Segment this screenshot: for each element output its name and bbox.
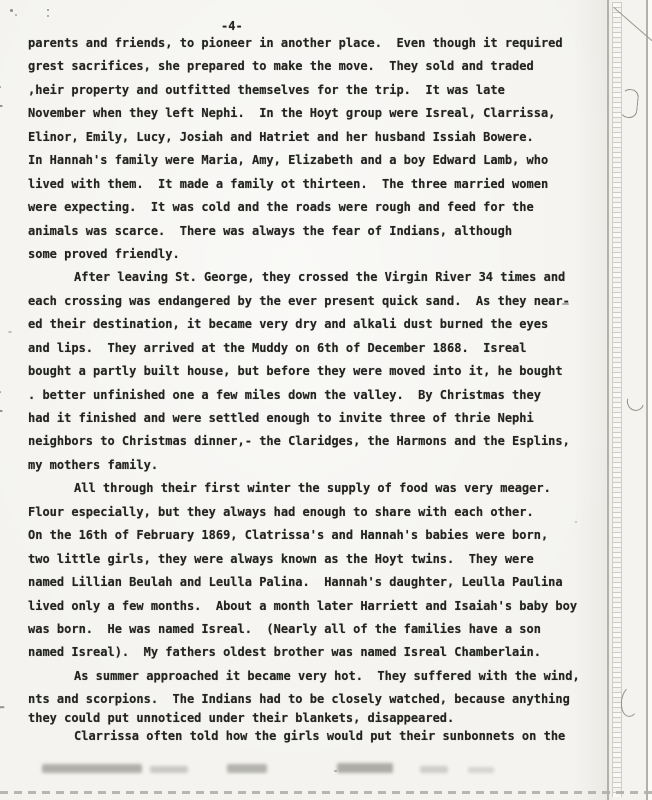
text-line: two little girls, they were always known…: [28, 552, 628, 575]
text-line: animals was scarce. There was always the…: [28, 224, 628, 247]
text-line: were expecting. It was cold and the road…: [28, 200, 628, 223]
ink-speck: [47, 9, 49, 11]
text-line: neighbors to Christmas dinner,- the Clar…: [28, 434, 628, 457]
hole-shadow: [0, 387, 16, 417]
text-line: my mothers family.: [28, 458, 628, 481]
text-line: named Isreal). My fathers oldest brother…: [28, 645, 628, 668]
text-line: On the 16th of February 1869, Clatrissa'…: [28, 528, 628, 551]
bleedthrough-smudge: [227, 764, 267, 773]
text-line: they could put unnoticed under their bla…: [28, 711, 628, 729]
bleedthrough-smudge: [337, 763, 393, 773]
text-line: and lips. They arrived at the Muddy on 6…: [28, 341, 628, 364]
ink-speck: [10, 9, 13, 12]
ink-speck: [575, 521, 577, 523]
text-line: Clarrissa often told how the girls would…: [28, 729, 628, 752]
ink-speck: [562, 303, 569, 305]
scanned-document-page: -4- parents and friends, to pioneer in a…: [0, 0, 652, 800]
text-line: had it finished and were settled enough …: [28, 411, 628, 434]
text-line: lived only a few months. About a month l…: [28, 599, 628, 622]
page-fold-edge-line: [607, 0, 609, 800]
text-block: parents and friends, to pioneer in anoth…: [28, 36, 628, 752]
text-line: ,heir property and outfitted themselves …: [28, 83, 628, 106]
bleedthrough-smudge: [150, 766, 188, 773]
binder-ring-mark: [620, 88, 640, 119]
ink-speck: [334, 770, 337, 772]
text-line: parents and friends, to pioneer in anoth…: [28, 36, 628, 59]
text-line: some proved friendly.: [28, 247, 628, 270]
text-line: Elinor, Emily, Lucy, Josiah and Hatriet …: [28, 130, 628, 153]
text-line: After leaving St. George, they crossed t…: [28, 270, 628, 293]
bleedthrough-smudge: [420, 766, 448, 773]
text-line: lived with them. It made a family ot thi…: [28, 177, 628, 200]
ink-speck: [8, 331, 12, 333]
text-line: bought a partly built house, but before …: [28, 364, 628, 387]
page-number: -4-: [221, 19, 243, 33]
text-line: . better unfinished one a few miles down…: [28, 388, 628, 411]
text-line: named Lillian Beulah and Leulla Palina. …: [28, 575, 628, 598]
ink-speck: [15, 14, 17, 16]
text-line: grest sacrifices, she prepared to make t…: [28, 59, 628, 82]
text-line: November when they left Nephi. In the Ho…: [28, 106, 628, 129]
text-line: Flour especially, but they always had en…: [28, 505, 628, 528]
bottom-perforation-line: [0, 791, 652, 794]
hole-shadow: [0, 82, 16, 112]
text-line: nts and scorpions. The Indians had to be…: [28, 692, 628, 710]
ink-speck: [47, 15, 49, 17]
page-outer-edge-line: [646, 0, 648, 800]
hole-shadow: [0, 684, 16, 712]
text-line: As summer approached it became very hot.…: [28, 669, 628, 692]
bleedthrough-smudge: [468, 767, 494, 773]
perforation-strip: [612, 2, 622, 797]
text-line: In Hannah's family were Maria, Amy, Eliz…: [28, 153, 628, 176]
text-line: ed their destination, it became very dry…: [28, 317, 628, 340]
text-line: All through their first winter the suppl…: [28, 481, 628, 504]
text-line: was born. He was named Isreal. (Nearly a…: [28, 622, 628, 645]
bleedthrough-smudge: [42, 764, 142, 773]
right-page-margin: [648, 0, 652, 800]
text-line: each crossing was endangered by the ever…: [28, 294, 628, 317]
